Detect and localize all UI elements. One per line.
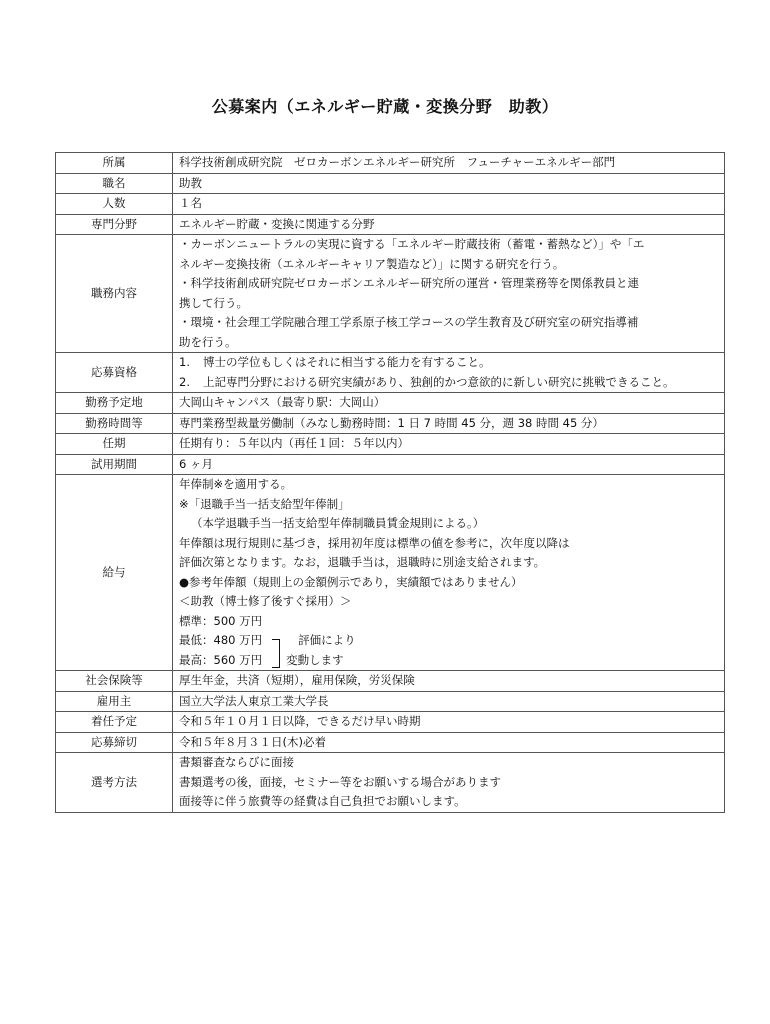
value-term: 任期有り：５年以内（再任１回：５年以内） bbox=[173, 434, 725, 455]
salary-min: 最低：480 万円 bbox=[179, 631, 262, 651]
row-hours: 勤務時間等 専門業務型裁量労働制（みなし勤務時間：1 日 7 時間 45 分，週… bbox=[56, 413, 725, 434]
value-insurance: 厚生年金，共済（短期），雇用保険，労災保険 bbox=[173, 671, 725, 692]
value-salary: 年俸制※を適用する。 ※「退職手当一括支給型年俸制」 （本学退職手当一括支給型年… bbox=[173, 475, 725, 671]
qualification-text: 上記専門分野における研究実績があり、独創的かつ意欲的に新しい研究に挑戦できること… bbox=[203, 373, 718, 393]
duties-line: ・科学技術創成研究院ゼロカーボンエネルギー研究所の運営・管理業務等を関係教員と連 bbox=[179, 274, 718, 294]
value-start: 令和５年１０月１日以降，できるだけ早い時期 bbox=[173, 712, 725, 733]
row-selection: 選考方法 書類審査ならびに面接 書類選考の後，面接，セミナー等をお願いする場合が… bbox=[56, 753, 725, 813]
value-qualifications: 1. 博士の学位もしくはそれに相当する能力を有すること。 2. 上記専門分野にお… bbox=[173, 353, 725, 393]
qualification-item: 2. 上記専門分野における研究実績があり、独創的かつ意欲的に新しい研究に挑戦でき… bbox=[179, 373, 718, 393]
value-headcount: １名 bbox=[173, 194, 725, 215]
salary-amounts: 最低：480 万円 最高：560 万円 bbox=[179, 631, 262, 670]
label-employer: 雇用主 bbox=[56, 691, 173, 712]
label-affiliation: 所属 bbox=[56, 153, 173, 174]
value-selection: 書類審査ならびに面接 書類選考の後，面接，セミナー等をお願いする場合があります … bbox=[173, 753, 725, 813]
label-deadline: 応募締切 bbox=[56, 732, 173, 753]
qualifications-list: 1. 博士の学位もしくはそれに相当する能力を有すること。 2. 上記専門分野にお… bbox=[179, 353, 718, 392]
selection-line: 書類選考の後，面接，セミナー等をお願いする場合があります bbox=[179, 773, 718, 793]
salary-max: 最高：560 万円 bbox=[179, 651, 262, 671]
value-employer: 国立大学法人東京工業大学長 bbox=[173, 691, 725, 712]
label-term: 任期 bbox=[56, 434, 173, 455]
value-position: 助教 bbox=[173, 173, 725, 194]
salary-line: 評価次第となります。なお，退職手当は，退職時に別途支給されます。 bbox=[179, 553, 718, 573]
value-affiliation: 科学技術創成研究院 ゼロカーボンエネルギー研究所 フューチャーエネルギー部門 bbox=[173, 153, 725, 174]
selection-line: 書類審査ならびに面接 bbox=[179, 753, 718, 773]
row-headcount: 人数 １名 bbox=[56, 194, 725, 215]
label-probation: 試用期間 bbox=[56, 454, 173, 475]
label-salary: 給与 bbox=[56, 475, 173, 671]
range-note-2: 変動します bbox=[286, 651, 356, 671]
value-hours: 専門業務型裁量労働制（みなし勤務時間：1 日 7 時間 45 分，週 38 時間… bbox=[173, 413, 725, 434]
salary-line: 標準：500 万円 bbox=[179, 612, 718, 632]
label-location: 勤務予定地 bbox=[56, 393, 173, 414]
qualification-text: 博士の学位もしくはそれに相当する能力を有すること。 bbox=[203, 353, 718, 373]
salary-line: ※「退職手当一括支給型年俸制」 bbox=[179, 495, 718, 515]
label-duties: 職務内容 bbox=[56, 235, 173, 353]
label-position: 職名 bbox=[56, 173, 173, 194]
row-salary: 給与 年俸制※を適用する。 ※「退職手当一括支給型年俸制」 （本学退職手当一括支… bbox=[56, 475, 725, 671]
row-affiliation: 所属 科学技術創成研究院 ゼロカーボンエネルギー研究所 フューチャーエネルギー部… bbox=[56, 153, 725, 174]
row-term: 任期 任期有り：５年以内（再任１回：５年以内） bbox=[56, 434, 725, 455]
row-probation: 試用期間 6 ヶ月 bbox=[56, 454, 725, 475]
row-deadline: 応募締切 令和５年８月３１日(木)必着 bbox=[56, 732, 725, 753]
qualification-item: 1. 博士の学位もしくはそれに相当する能力を有すること。 bbox=[179, 353, 718, 373]
qualification-number: 2. bbox=[179, 373, 203, 393]
row-position: 職名 助教 bbox=[56, 173, 725, 194]
label-field: 専門分野 bbox=[56, 214, 173, 235]
duties-line: 助を行う。 bbox=[179, 333, 718, 353]
qualification-number: 1. bbox=[179, 353, 203, 373]
job-info-table: 所属 科学技術創成研究院 ゼロカーボンエネルギー研究所 フューチャーエネルギー部… bbox=[55, 152, 725, 813]
row-location: 勤務予定地 大岡山キャンパス（最寄り駅：大岡山） bbox=[56, 393, 725, 414]
salary-line: （本学退職手当一括支給型年俸制職員賃金規則による。） bbox=[179, 514, 718, 534]
salary-range-note: 評価により 変動します bbox=[286, 631, 356, 670]
bracket-icon bbox=[272, 639, 280, 668]
value-field: エネルギー貯蔵・変換に関連する分野 bbox=[173, 214, 725, 235]
range-note-1: 評価により bbox=[286, 631, 356, 651]
label-headcount: 人数 bbox=[56, 194, 173, 215]
row-start: 着任予定 令和５年１０月１日以降，できるだけ早い時期 bbox=[56, 712, 725, 733]
duties-line: ・環境・社会理工学院融合理工学系原子核工学コースの学生教育及び研究室の研究指導補 bbox=[179, 313, 718, 333]
label-insurance: 社会保険等 bbox=[56, 671, 173, 692]
label-hours: 勤務時間等 bbox=[56, 413, 173, 434]
duties-line: ネルギー変換技術（エネルギーキャリア製造など）」に関する研究を行う。 bbox=[179, 255, 718, 275]
label-selection: 選考方法 bbox=[56, 753, 173, 813]
value-deadline: 令和５年８月３１日(木)必着 bbox=[173, 732, 725, 753]
row-qualifications: 応募資格 1. 博士の学位もしくはそれに相当する能力を有すること。 2. 上記専… bbox=[56, 353, 725, 393]
label-qualifications: 応募資格 bbox=[56, 353, 173, 393]
salary-line: 年俸制※を適用する。 bbox=[179, 475, 718, 495]
salary-line: 年俸額は現行規則に基づき，採用初年度は標準の値を参考に，次年度以降は bbox=[179, 534, 718, 554]
value-probation: 6 ヶ月 bbox=[173, 454, 725, 475]
salary-line: ●参考年俸額（規則上の金額例示であり，実績額ではありません） bbox=[179, 573, 718, 593]
salary-line: ＜助教（博士修了後すぐ採用）＞ bbox=[179, 592, 718, 612]
label-start: 着任予定 bbox=[56, 712, 173, 733]
row-duties: 職務内容 ・カーボンニュートラルの実現に資する「エネルギー貯蔵技術（蓄電・蓄熱な… bbox=[56, 235, 725, 353]
page-title: 公募案内（エネルギー貯蔵・変換分野 助教） bbox=[0, 94, 770, 117]
row-insurance: 社会保険等 厚生年金，共済（短期），雇用保険，労災保険 bbox=[56, 671, 725, 692]
duties-line: 携して行う。 bbox=[179, 294, 718, 314]
duties-line: ・カーボンニュートラルの実現に資する「エネルギー貯蔵技術（蓄電・蓄熱など）」や「… bbox=[179, 235, 718, 255]
selection-line: 面接等に伴う旅費等の経費は自己負担でお願いします。 bbox=[179, 792, 718, 812]
row-field: 専門分野 エネルギー貯蔵・変換に関連する分野 bbox=[56, 214, 725, 235]
row-employer: 雇用主 国立大学法人東京工業大学長 bbox=[56, 691, 725, 712]
value-duties: ・カーボンニュートラルの実現に資する「エネルギー貯蔵技術（蓄電・蓄熱など）」や「… bbox=[173, 235, 725, 353]
value-location: 大岡山キャンパス（最寄り駅：大岡山） bbox=[173, 393, 725, 414]
salary-range: 最低：480 万円 最高：560 万円 評価により 変動します bbox=[179, 631, 718, 670]
